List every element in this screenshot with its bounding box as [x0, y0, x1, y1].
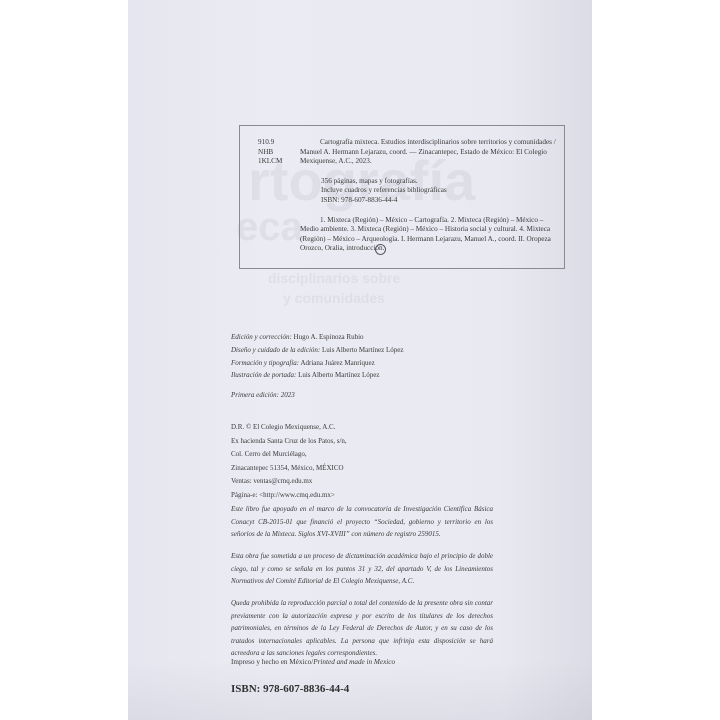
cataloging-record-box: 910.9 NHB 1KLCM Cartografía mixteca. Est…: [239, 125, 565, 269]
catalog-description: 356 páginas, mapas y fotografías. Incluy…: [300, 177, 560, 206]
printed-in: Impreso y hecho en México/Printed and ma…: [231, 658, 395, 666]
credit-line: Ilustración de portada: Luis Alberto Mar…: [231, 369, 403, 382]
credit-line: Formación y tipografía: Adriana Juárez M…: [231, 357, 403, 370]
catalog-subjects: 1. Mixteca (Región) – México – Cartograf…: [300, 216, 560, 254]
website: Página-e: <http://www.cmq.edu.mx>: [231, 489, 347, 503]
first-edition: Primera edición: 2023: [231, 391, 295, 399]
circle-mark-icon: [375, 244, 386, 255]
classification-codes: 910.9 NHB 1KLCM: [258, 138, 282, 167]
copyright-notice: Queda prohibida la reproducción parcial …: [231, 597, 493, 660]
funding-note: Este libro fue apoyado en el marco de la…: [231, 503, 493, 541]
peer-review-note: Esta obra fue sometida a un proceso de d…: [231, 550, 493, 588]
book-page: rtografía eca disciplinarios sobre y com…: [128, 0, 592, 720]
catalog-main-entry: Cartografía mixteca. Estudios interdisci…: [300, 138, 560, 254]
credit-line: Edición y corrección: Hugo A. Espinoza R…: [231, 331, 403, 344]
show-through-text: disciplinarios sobre: [268, 270, 400, 286]
catalog-title: Cartografía mixteca. Estudios interdisci…: [300, 138, 560, 167]
sales-email: Ventas: ventas@cmq.edu.mx: [231, 475, 347, 489]
credit-line: Diseño y cuidado de la edición: Luis Alb…: [231, 344, 403, 357]
publisher-info: D.R. © El Colegio Mexiquense, A.C. Ex ha…: [231, 421, 347, 503]
show-through-text: y comunidades: [283, 290, 385, 306]
isbn: ISBN: 978-607-8836-44-4: [231, 683, 349, 695]
edition-credits: Edición y corrección: Hugo A. Espinoza R…: [231, 331, 403, 382]
